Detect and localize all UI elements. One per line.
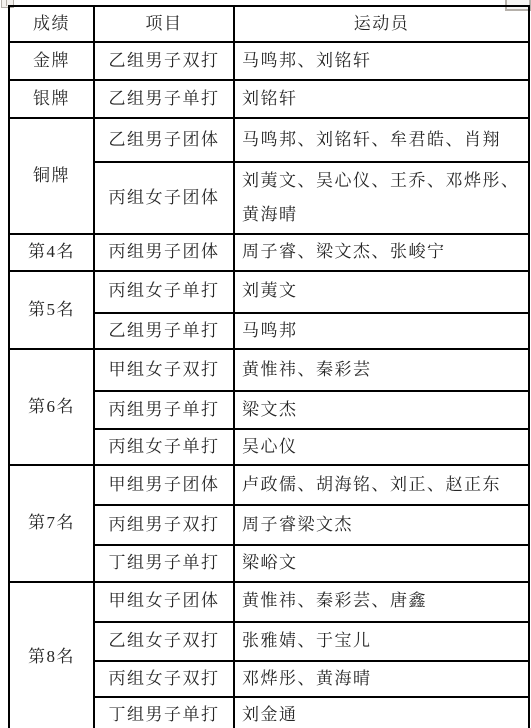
athletes-cell: 马鸣邦 (234, 313, 529, 349)
result-cell: 第5名 (9, 271, 94, 349)
event-cell: 乙组男子团体 (94, 118, 234, 162)
event-cell: 丙组女子双打 (94, 661, 234, 697)
athletes-cell: 黄惟祎、秦彩芸、唐鑫 (234, 582, 529, 622)
results-table: 成绩 项目 运动员 金牌 乙组男子双打 马鸣邦、刘铭轩 银牌 乙组男子单打 刘铭… (8, 5, 530, 728)
athletes-cell: 周子睿、梁文杰、张峻宁 (234, 234, 529, 270)
document-page: 成绩 项目 运动员 金牌 乙组男子双打 马鸣邦、刘铭轩 银牌 乙组男子单打 刘铭… (0, 0, 531, 728)
athletes-cell: 吴心仪 (234, 429, 529, 465)
athletes-cell: 黄惟祎、秦彩芸 (234, 349, 529, 391)
header-result: 成绩 (9, 6, 94, 42)
event-cell: 甲组男子团体 (94, 465, 234, 505)
header-event: 项目 (94, 6, 234, 42)
table-row: 第5名 丙组女子单打 刘荑文 (9, 271, 529, 313)
event-cell: 丙组男子双打 (94, 505, 234, 545)
event-cell: 丙组女子单打 (94, 429, 234, 465)
result-cell: 金牌 (9, 42, 94, 80)
event-cell: 甲组女子双打 (94, 349, 234, 391)
athletes-cell: 马鸣邦、刘铭轩、牟君皓、肖翔 (234, 118, 529, 162)
event-cell: 丙组男子团体 (94, 234, 234, 270)
event-cell: 丁组男子单打 (94, 697, 234, 728)
event-cell: 乙组女子双打 (94, 622, 234, 661)
table-row: 铜牌 乙组男子团体 马鸣邦、刘铭轩、牟君皓、肖翔 (9, 118, 529, 162)
athletes-cell: 刘铭轩 (234, 80, 529, 118)
result-cell: 第8名 (9, 582, 94, 728)
table-row: 第8名 甲组女子团体 黄惟祎、秦彩芸、唐鑫 (9, 582, 529, 622)
header-athletes: 运动员 (234, 6, 529, 42)
table-row: 第4名 丙组男子团体 周子睿、梁文杰、张峻宁 (9, 234, 529, 270)
athletes-cell: 梁文杰 (234, 391, 529, 429)
athletes-cell: 邓烨彤、黄海晴 (234, 661, 529, 697)
athletes-cell: 刘荑文、吴心仪、王乔、邓烨彤、黄海晴 (234, 162, 529, 234)
event-cell: 丙组女子单打 (94, 271, 234, 313)
event-cell: 丙组女子团体 (94, 162, 234, 234)
table-row: 第6名 甲组女子双打 黄惟祎、秦彩芸 (9, 349, 529, 391)
table-row: 银牌 乙组男子单打 刘铭轩 (9, 80, 529, 118)
result-cell: 银牌 (9, 80, 94, 118)
athletes-cell: 周子睿梁文杰 (234, 505, 529, 545)
athletes-cell: 马鸣邦、刘铭轩 (234, 42, 529, 80)
result-cell: 第6名 (9, 349, 94, 465)
result-cell: 第7名 (9, 465, 94, 581)
table-row: 第7名 甲组男子团体 卢政儒、胡海铭、刘正、赵正东 (9, 465, 529, 505)
event-cell: 乙组男子单打 (94, 313, 234, 349)
athletes-cell: 刘金通 (234, 697, 529, 728)
athletes-cell: 刘荑文 (234, 271, 529, 313)
athletes-cell: 梁峪文 (234, 545, 529, 581)
event-cell: 丙组男子单打 (94, 391, 234, 429)
event-cell: 乙组男子双打 (94, 42, 234, 80)
athletes-cell: 卢政儒、胡海铭、刘正、赵正东 (234, 465, 529, 505)
event-cell: 乙组男子单打 (94, 80, 234, 118)
table-row: 金牌 乙组男子双打 马鸣邦、刘铭轩 (9, 42, 529, 80)
athletes-cell: 张雅婧、于宝儿 (234, 622, 529, 661)
result-cell: 铜牌 (9, 118, 94, 234)
event-cell: 甲组女子团体 (94, 582, 234, 622)
result-cell: 第4名 (9, 234, 94, 270)
header-row: 成绩 项目 运动员 (9, 6, 529, 42)
event-cell: 丁组男子单打 (94, 545, 234, 581)
